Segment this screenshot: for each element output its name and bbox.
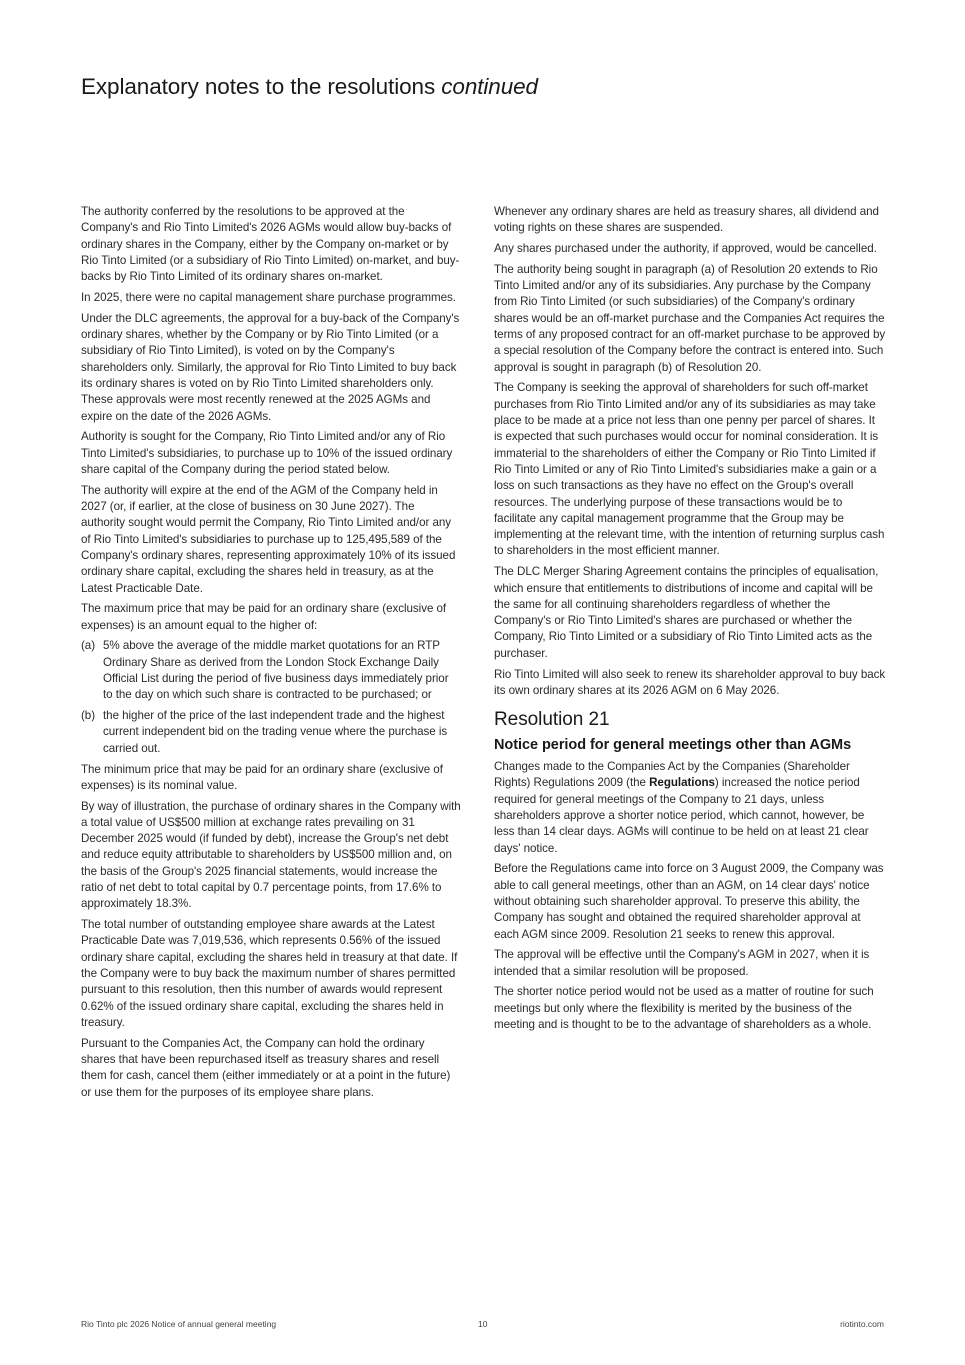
page-title-main: Explanatory notes to the resolutions xyxy=(81,74,441,99)
list-item-text: the higher of the price of the last inde… xyxy=(103,709,447,755)
paragraph: The total number of outstanding employee… xyxy=(81,917,461,1031)
paragraph: Whenever any ordinary shares are held as… xyxy=(494,204,886,237)
page-title: Explanatory notes to the resolutions con… xyxy=(81,74,538,100)
paragraph: The Company is seeking the approval of s… xyxy=(494,380,886,559)
price-conditions-list: (a) 5% above the average of the middle m… xyxy=(81,638,461,757)
paragraph: The shorter notice period would not be u… xyxy=(494,984,886,1033)
paragraph: Changes made to the Companies Act by the… xyxy=(494,759,886,857)
paragraph: The DLC Merger Sharing Agreement contain… xyxy=(494,564,886,662)
defined-term: Regulations xyxy=(649,776,715,789)
paragraph: The authority will expire at the end of … xyxy=(81,483,461,597)
paragraph: Under the DLC agreements, the approval f… xyxy=(81,311,461,425)
list-marker: (b) xyxy=(81,708,95,724)
paragraph: Authority is sought for the Company, Rio… xyxy=(81,429,461,478)
list-item-text: 5% above the average of the middle marke… xyxy=(103,639,449,701)
paragraph: By way of illustration, the purchase of … xyxy=(81,799,461,913)
paragraph: Rio Tinto Limited will also seek to rene… xyxy=(494,667,886,700)
page-title-continued: continued xyxy=(441,74,538,99)
paragraph: The approval will be effective until the… xyxy=(494,947,886,980)
paragraph: The minimum price that may be paid for a… xyxy=(81,762,461,795)
page-number: 10 xyxy=(478,1319,487,1329)
left-column: The authority conferred by the resolutio… xyxy=(81,204,461,1105)
paragraph: The authority being sought in paragraph … xyxy=(494,262,886,376)
list-item: (a) 5% above the average of the middle m… xyxy=(81,638,461,703)
paragraph: The maximum price that may be paid for a… xyxy=(81,601,461,634)
resolution-21-subheading: Notice period for general meetings other… xyxy=(494,736,886,755)
right-column: Whenever any ordinary shares are held as… xyxy=(494,204,886,1038)
list-marker: (a) xyxy=(81,638,95,654)
footer-document-title: Rio Tinto plc 2026 Notice of annual gene… xyxy=(81,1319,276,1329)
paragraph: The authority conferred by the resolutio… xyxy=(81,204,461,285)
resolution-21-heading: Resolution 21 xyxy=(494,709,886,731)
paragraph: Any shares purchased under the authority… xyxy=(494,241,886,257)
paragraph: In 2025, there were no capital managemen… xyxy=(81,290,461,306)
paragraph: Pursuant to the Companies Act, the Compa… xyxy=(81,1036,461,1101)
footer-website: riotinto.com xyxy=(840,1319,884,1329)
paragraph: Before the Regulations came into force o… xyxy=(494,861,886,942)
list-item: (b) the higher of the price of the last … xyxy=(81,708,461,757)
